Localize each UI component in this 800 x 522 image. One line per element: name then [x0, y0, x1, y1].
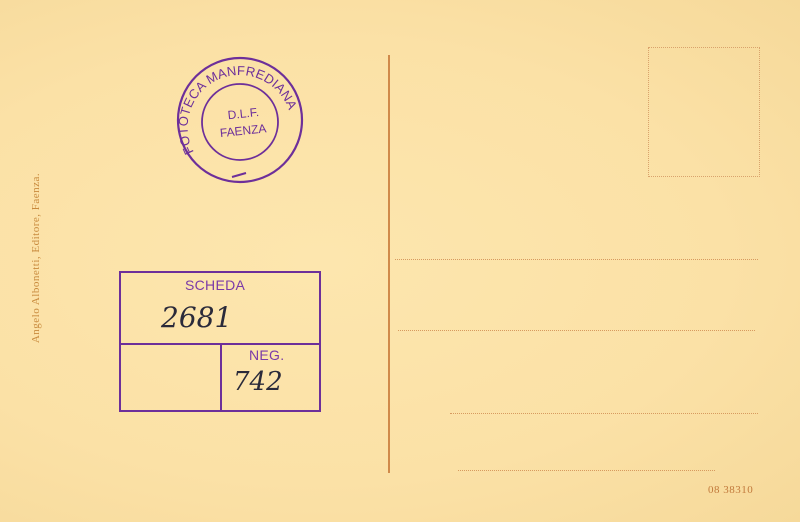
seal-stamp-icon: FOTOTECA MANFREDIANA D.L.F. FAENZA	[174, 54, 306, 186]
scheda-box: SCHEDA 2681 NEG. 742	[119, 271, 321, 412]
neg-value: 742	[233, 367, 283, 397]
center-divider	[388, 55, 390, 473]
serial-number: 08 38310	[708, 484, 753, 496]
address-line	[398, 330, 755, 331]
postcard-back: Angelo Albonetti, Editore, Faenza. FOTOT…	[0, 0, 800, 522]
address-line	[450, 413, 758, 414]
seal-inner-line1: D.L.F.	[227, 105, 260, 122]
scheda-empty-cell	[121, 345, 222, 412]
scheda-label: SCHEDA	[185, 277, 245, 293]
fototeca-seal: FOTOTECA MANFREDIANA D.L.F. FAENZA	[174, 54, 306, 186]
stamp-placeholder	[648, 47, 760, 177]
publisher-imprint: Angelo Albonetti, Editore, Faenza.	[30, 173, 42, 343]
scheda-value: 2681	[161, 301, 232, 334]
address-line	[395, 259, 758, 260]
neg-label: NEG.	[249, 347, 284, 363]
seal-inner-line2: FAENZA	[219, 121, 267, 140]
address-line	[458, 470, 715, 471]
